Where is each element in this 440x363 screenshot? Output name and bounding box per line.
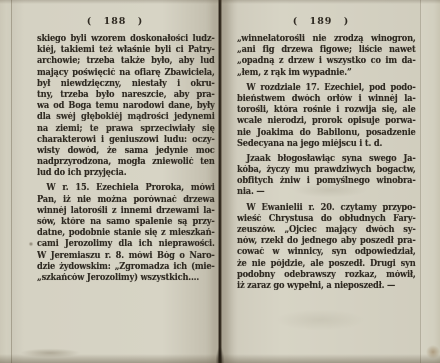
text-line: charakterowi i geniuszowi ludu: oczy- <box>37 135 215 146</box>
right-page-text: „winnelatorośli nie zrodzą winogron, „an… <box>237 34 416 292</box>
text-line: nia. — <box>237 187 416 198</box>
text-line: cować w winnicy, syn odpowiedział, <box>237 247 416 258</box>
text-line: kóba, życzy mu prawdziwych bogactw, <box>237 165 416 176</box>
text-line: zeuszów. „Ojciec mający dwóch sy- <box>237 225 416 236</box>
text-line: Sedecyana na jego miéjscu i t. d. <box>237 139 416 150</box>
page-number-right: ( 189 ) <box>222 16 420 27</box>
text-line: dla swéj głębokiéj mądrości jedynemi <box>37 112 215 123</box>
text-line: był niewdzięczny, niestały i okru- <box>37 79 215 90</box>
text-line: podobny odebrawszy rozkaz, mówił, <box>237 270 416 281</box>
text-line: nów, rzekł do jednego aby poszedł pra- <box>237 236 416 247</box>
text-line: sów, które na samo spalenie są przy- <box>37 217 215 228</box>
page-number-left: ( 188 ) <box>12 16 218 27</box>
text-line: tny, trzeba było nareszcie, aby pra- <box>37 90 215 101</box>
text-line: archowie; trzeba także było, aby lud <box>37 56 215 67</box>
text-line: wa od Boga temu narodowi dane, były <box>37 101 215 112</box>
text-line: W r. 15. Ezechiela Proroka, mówi <box>37 183 215 194</box>
text-line: wcale nierodzi, prorok opisuje porwa- <box>237 116 416 127</box>
text-line: „ani fig drzewa figowe; liście nawet <box>237 45 416 56</box>
text-line: Pan, iż nie można porównać drzewa <box>37 195 215 206</box>
text-line: W rozdziale 17. Ezechiel, pod podo- <box>237 83 416 94</box>
text-line: cami Jerozolimy dla ich nieprawości. <box>37 239 215 250</box>
bottom-shadow <box>0 354 440 363</box>
text-line: wieść Chrystusa do obłudnych Fary- <box>237 214 416 225</box>
text-line: „opadną z drzew i wszystko co im da- <box>237 56 416 67</box>
text-line: obfitych żniw i pomyślnego winobra- <box>237 176 416 187</box>
text-line: nie Joakima do Babilonu, posadzenie <box>237 128 416 139</box>
text-line: nadprzyrodzona, mogła zniewolić ten <box>37 157 215 168</box>
text-line: kiéj, takiemi też właśnie byli ci Patry- <box>37 45 215 56</box>
text-line: że nie pójdzie, ale poszedł. Drugi syn <box>237 259 416 270</box>
text-line: na ziemi; te prawa sprzeciwiały się <box>37 124 215 135</box>
text-line: „szkańców Jerozolimy) wszystkich.... <box>37 273 215 284</box>
text-line: dzie żydowskim: „Zgromadza ich (mie- <box>37 262 215 273</box>
top-shadow <box>0 0 440 4</box>
text-line: bieństwem dwóch orłów i winnéj la- <box>237 94 416 105</box>
text-line: lud do ich przyjęcia. <box>37 168 215 179</box>
scan-right-edge <box>420 0 440 363</box>
scan-left-edge <box>0 0 12 363</box>
text-line: winnéj latorośli z innemi drzewami la- <box>37 206 215 217</box>
text-line: mający poświęcić na ofiarę Zbawiciela, <box>37 68 215 79</box>
right-page: ( 189 ) „winnelatorośli nie zrodzą winog… <box>222 0 420 363</box>
text-line: skiego byli wzorem doskonałości ludz- <box>37 34 215 45</box>
book-spread: ( 188 ) skiego byli wzorem doskonałości … <box>0 0 440 363</box>
text-line: Jzaak błogosławiąc syna swego Ja- <box>237 154 416 165</box>
text-line: datne, podobnie stanie się z mieszkań- <box>37 228 215 239</box>
text-line: W Ewanielii r. 20. czytamy przypo- <box>237 203 416 214</box>
text-line: W Jeremiaszu r. 8. mówi Bóg o Naro- <box>37 251 215 262</box>
text-line: iż zaraz go wypełni, a nieposzedł. — <box>237 281 416 292</box>
text-line: „winnelatorośli nie zrodzą winogron, <box>237 34 416 45</box>
text-line: torośli, która rośnie i rozwija się, ale <box>237 105 416 116</box>
left-page: ( 188 ) skiego byli wzorem doskonałości … <box>12 0 218 363</box>
text-line: „łem, z rąk im wypadnie.” <box>237 68 416 79</box>
text-line: wisty dowód, że sama jedynie moc <box>37 146 215 157</box>
left-page-text: skiego byli wzorem doskonałości ludz- ki… <box>37 34 215 284</box>
